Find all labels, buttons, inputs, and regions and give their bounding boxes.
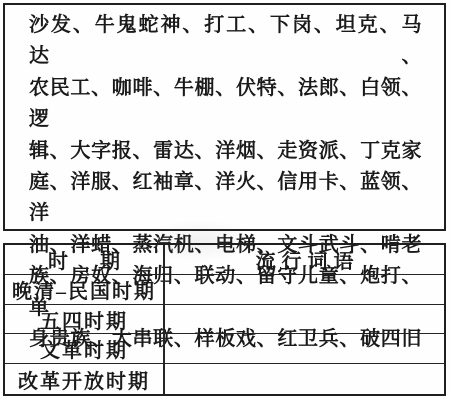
vocabulary-line-2: 农民工、咖啡、牛棚、伏特、法郎、白领、逻 xyxy=(29,73,422,136)
answer-cell-late-qing-republic xyxy=(165,275,444,305)
period-cell-may-fourth: 五四时期 xyxy=(5,305,165,335)
period-cell-reform-opening: 改革开放时期 xyxy=(5,364,165,394)
period-cell-late-qing-republic: 晚清–民国时期 xyxy=(5,275,165,305)
vocabulary-line-4: 庭、洋服、红袖章、洋火、信用卡、蓝领、洋 xyxy=(29,167,422,230)
vocabulary-word-box: 沙发、牛鬼蛇神、打工、下岗、坦克、马达、 农民工、咖啡、牛棚、伏特、法郎、白领、… xyxy=(3,3,446,231)
answer-cell-may-fourth xyxy=(165,305,444,335)
period-words-table: 时 期 流行词语 晚清–民国时期 五四时期 文革时期 改革开放时期 xyxy=(3,243,446,396)
table-header-popular-words: 流行词语 xyxy=(165,245,444,275)
period-cell-cultural-revolution: 文革时期 xyxy=(5,334,165,364)
table-header-period: 时 期 xyxy=(5,245,165,275)
answer-cell-cultural-revolution xyxy=(165,334,444,364)
answer-cell-reform-opening xyxy=(165,364,444,394)
vocabulary-line-1: 沙发、牛鬼蛇神、打工、下岗、坦克、马达、 xyxy=(29,10,422,73)
worksheet-page: 沙发、牛鬼蛇神、打工、下岗、坦克、马达、 农民工、咖啡、牛棚、伏特、法郎、白领、… xyxy=(0,0,450,398)
vocabulary-line-3: 辑、大字报、雷达、洋烟、走资派、丁克家 xyxy=(29,136,422,167)
